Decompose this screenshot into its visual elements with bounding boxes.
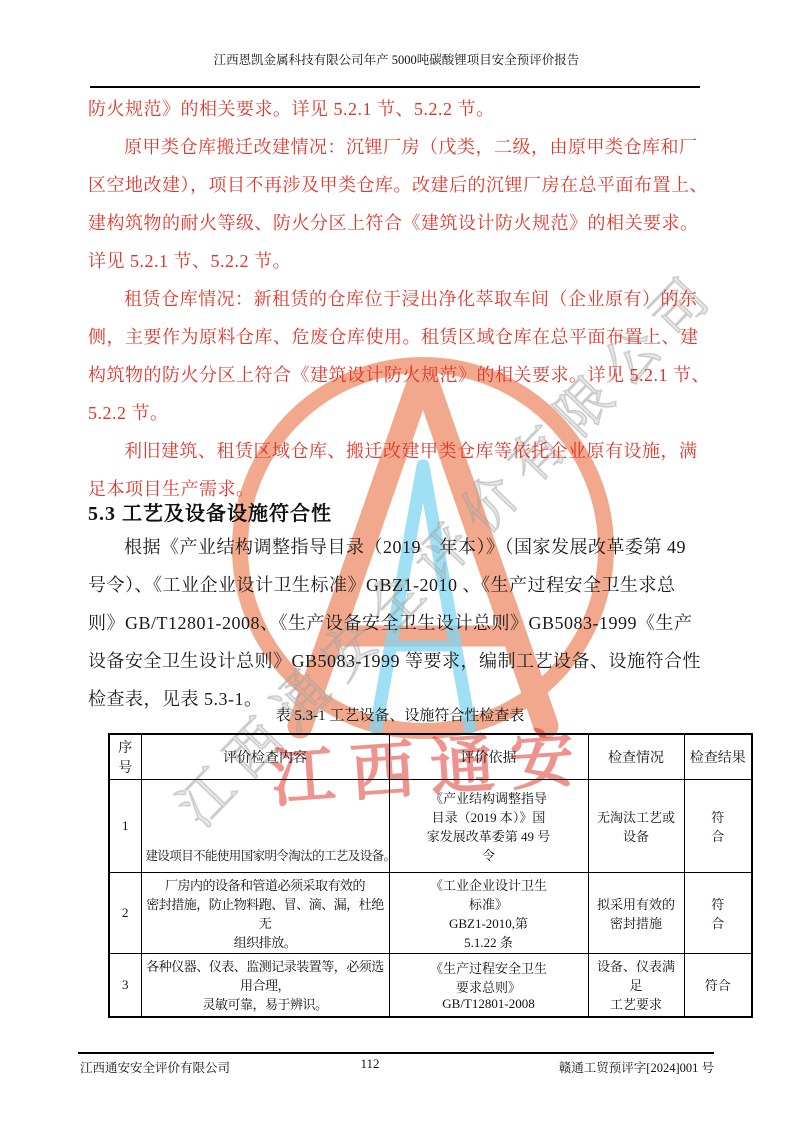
red-paragraph-line: 租赁仓库情况：新租赁的仓库位于浸出净化萃取车间（企业原有）的东 <box>88 280 712 318</box>
cell-no: 3 <box>109 954 141 1017</box>
red-paragraph-line: 建构筑物的耐火等级、防火分区上符合《建筑设计防火规范》的相关要求。 <box>88 204 712 242</box>
footer-page-number: 112 <box>340 1056 400 1072</box>
black-paragraph-line: 根据《产业结构调整指导目录（2019 年本）》（国家发展改革委第 49 <box>88 528 712 566</box>
red-paragraph-line: 侧，主要作为原料仓库、危废仓库使用。租赁区域仓库在总平面布置上、建 <box>88 318 712 356</box>
table-header-row: 序号 评价检查内容 评价依据 检查情况 检查结果 <box>109 734 752 780</box>
compliance-check-table: 序号 评价检查内容 评价依据 检查情况 检查结果 1 建设项目不能使用国家明令淘… <box>108 733 753 1018</box>
cell-situation: 设备、仪表满足 工艺要求 <box>588 954 684 1017</box>
red-paragraph-line: 构筑物的防火分区上符合《建筑设计防火规范》的相关要求。详见 5.2.1 节、 <box>88 356 712 394</box>
col-header-result: 检查结果 <box>684 734 752 780</box>
content-layer: 江西恩凯金属科技有限公司年产 5000吨碳酸锂项目安全预评价报告 防火规范》的相… <box>0 0 793 1122</box>
cell-content: 厂房内的设备和管道必须采取有效的 密封措施，防止物料跑、冒、滴、漏，杜绝无 组织… <box>141 873 389 954</box>
document-page: 江西通安全评价有限公司 江西通安 江西恩凯金属科技有限公司年产 5000吨碳酸锂… <box>0 0 793 1122</box>
col-header-basis: 评价依据 <box>389 734 588 780</box>
table-row: 3 各种仪器、仪表、监测记录装置等，必须选用合理， 灵敏可靠，易于辨识。 《生产… <box>109 954 752 1017</box>
col-header-situation: 检查情况 <box>588 734 684 780</box>
col-header-content: 评价检查内容 <box>141 734 389 780</box>
red-paragraph-line: 5.2.2 节。 <box>88 394 712 432</box>
black-paragraph-line: 号令）、《工业企业设计卫生标准》GBZ1-2010 、《生产过程安全卫生求总 <box>88 566 712 604</box>
black-body-text: 根据《产业结构调整指导目录（2019 年本）》（国家发展改革委第 49 号令）、… <box>88 528 712 718</box>
cell-basis: 《产业结构调整指导 目录（2019 本）》国 家发展改革委第 49 号 令 <box>389 780 588 873</box>
red-paragraph-line: 区空地改建），项目不再涉及甲类仓库。改建后的沉锂厂房在总平面布置上、 <box>88 166 712 204</box>
cell-result: 符合 <box>684 954 752 1017</box>
footer-doc-number: 赣通工贸预评字[2024]001 号 <box>559 1058 714 1076</box>
red-paragraph-line: 详见 5.2.1 节、5.2.2 节。 <box>88 242 712 280</box>
cell-basis: 《生产过程安全卫生 要求总则》 GB/T12801-2008 <box>389 954 588 1017</box>
cell-situation: 拟采用有效的 密封措施 <box>588 873 684 954</box>
footer-divider <box>78 1052 714 1054</box>
cell-result: 符 合 <box>684 873 752 954</box>
page-header-title: 江西恩凯金属科技有限公司年产 5000吨碳酸锂项目安全预评价报告 <box>0 50 793 68</box>
table-row: 1 建设项目不能使用国家明令淘汰的工艺及设备。 《产业结构调整指导 目录（201… <box>109 780 752 873</box>
red-paragraph-line: 原甲类仓库搬迁改建情况：沉锂厂房（戊类，二级，由原甲类仓库和厂 <box>88 128 712 166</box>
cell-content: 建设项目不能使用国家明令淘汰的工艺及设备。 <box>141 780 389 873</box>
cell-situation: 无淘汰工艺或 设备 <box>588 780 684 873</box>
cell-no: 2 <box>109 873 141 954</box>
cell-result: 符 合 <box>684 780 752 873</box>
section-heading-5-3: 5.3 工艺及设备设施符合性 <box>88 497 712 526</box>
col-header-no: 序号 <box>109 734 141 780</box>
red-paragraph-line: 利旧建筑、租赁区域仓库、搬迁改建甲类仓库等依托企业原有设施，满 <box>88 432 712 470</box>
cell-content: 各种仪器、仪表、监测记录装置等，必须选用合理， 灵敏可靠，易于辨识。 <box>141 954 389 1017</box>
header-divider <box>90 86 700 88</box>
black-paragraph-line: 则》GB/T12801-2008、《生产设备安全卫生设计总则》GB5083-19… <box>88 604 712 642</box>
footer-company-name: 江西通安安全评价有限公司 <box>80 1058 230 1076</box>
table-row: 2 厂房内的设备和管道必须采取有效的 密封措施，防止物料跑、冒、滴、漏，杜绝无 … <box>109 873 752 954</box>
red-paragraph-line: 防火规范》的相关要求。详见 5.2.1 节、5.2.2 节。 <box>88 90 712 128</box>
cell-no: 1 <box>109 780 141 873</box>
red-body-text: 防火规范》的相关要求。详见 5.2.1 节、5.2.2 节。 原甲类仓库搬迁改建… <box>88 90 712 508</box>
cell-basis: 《工业企业设计卫生 标准》 GBZ1-2010,第 5.1.22 条 <box>389 873 588 954</box>
black-paragraph-line: 设备安全卫生设计总则》GB5083-1999 等要求，编制工艺设备、设施符合性 <box>88 642 712 680</box>
table-caption: 表 5.3-1 工艺设备、设施符合性检查表 <box>88 704 712 725</box>
